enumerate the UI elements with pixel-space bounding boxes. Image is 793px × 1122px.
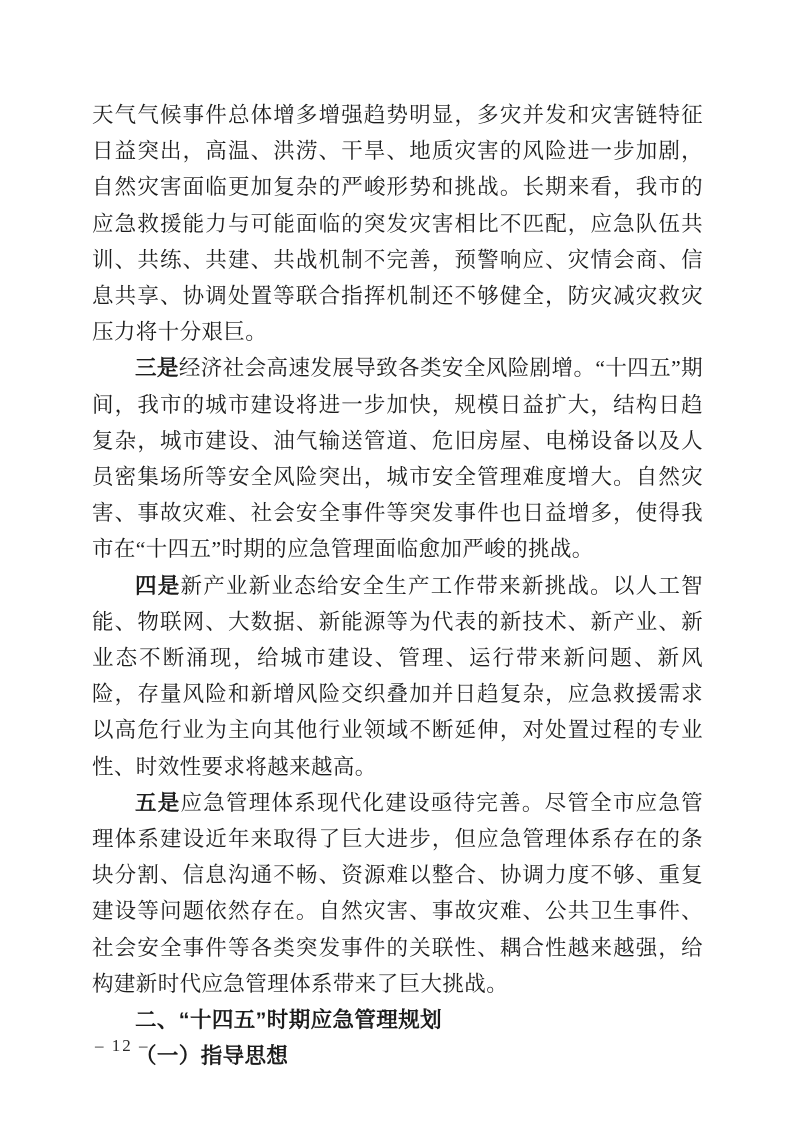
subsection-heading: （一）指导思想 xyxy=(92,1038,703,1074)
paragraph-text: 新产业新业态给安全生产工作带来新挑战。以人工智能、物联网、大数据、新能源等为代表… xyxy=(92,574,703,779)
paragraph-lead: 三是 xyxy=(135,356,179,380)
paragraph-text: 天气气候事件总体增多增强趋势明显，多灾并发和灾害链特征日益突出，高温、洪涝、干旱… xyxy=(92,103,703,344)
paragraph-lead: 四是 xyxy=(135,574,181,598)
paragraph-point-three: 三是经济社会高速发展导致各类安全风险剧增。“十四五”期间，我市的城市建设将进一步… xyxy=(92,350,703,567)
page-number: – 12 – xyxy=(95,1036,150,1056)
paragraph-text: 经济社会高速发展导致各类安全风险剧增。“十四五”期间，我市的城市建设将进一步加快… xyxy=(92,356,703,561)
paragraph-continuation: 天气气候事件总体增多增强趋势明显，多灾并发和灾害链特征日益突出，高温、洪涝、干旱… xyxy=(92,97,703,350)
paragraph-point-four: 四是新产业新业态给安全生产工作带来新挑战。以人工智能、物联网、大数据、新能源等为… xyxy=(92,568,703,785)
paragraph-lead: 五是 xyxy=(135,791,181,815)
document-page: 天气气候事件总体增多增强趋势明显，多灾并发和灾害链特征日益突出，高温、洪涝、干旱… xyxy=(0,0,793,1122)
paragraph-text: 应急管理体系现代化建设亟待完善。尽管全市应急管理体系建设近年来取得了巨大进步，但… xyxy=(92,791,703,996)
section-heading: 二、“十四五”时期应急管理规划 xyxy=(92,1002,703,1038)
document-body: 天气气候事件总体增多增强趋势明显，多灾并发和灾害链特征日益突出，高温、洪涝、干旱… xyxy=(92,97,703,1074)
paragraph-point-five: 五是应急管理体系现代化建设亟待完善。尽管全市应急管理体系建设近年来取得了巨大进步… xyxy=(92,785,703,1002)
